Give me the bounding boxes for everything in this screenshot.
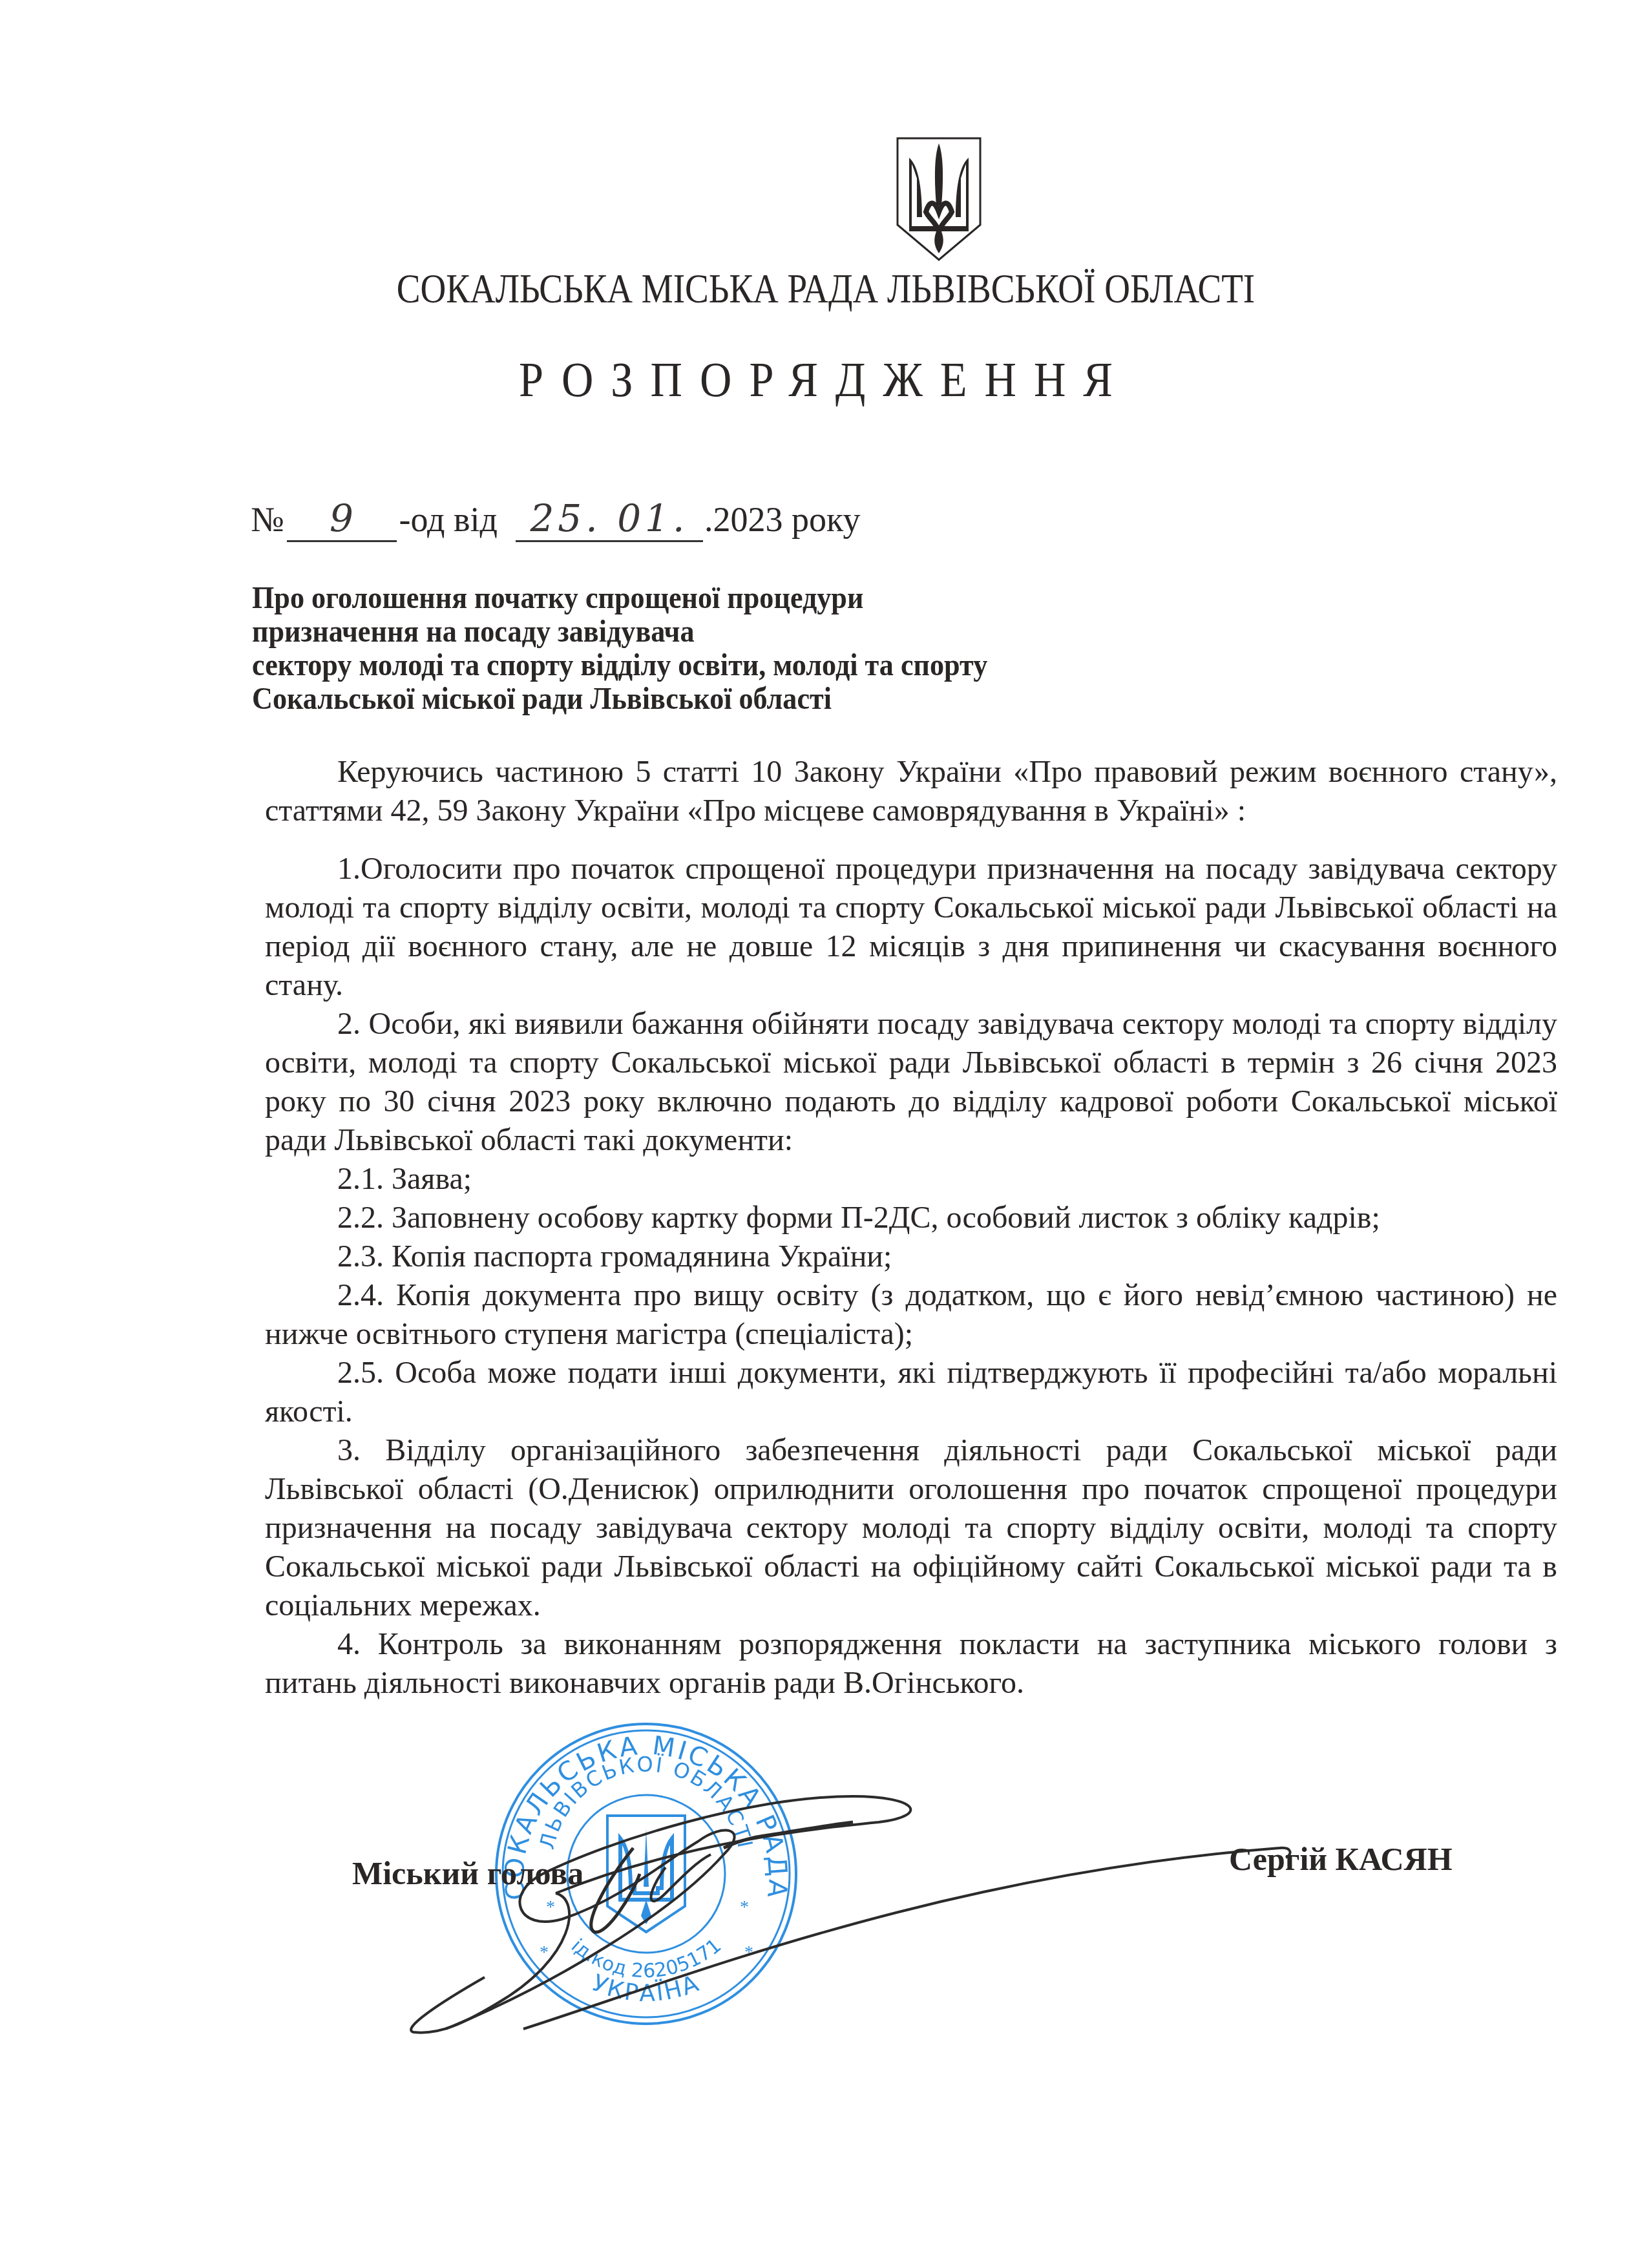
order-year: .2023 року	[704, 499, 860, 540]
item-3: 3. Відділу організаційного забезпечення …	[265, 1431, 1557, 1625]
item-4: 4. Контроль за виконанням розпорядження …	[265, 1625, 1557, 1703]
item-2: 2. Особи, які виявили бажання обійняти п…	[265, 1005, 1557, 1160]
number-sign: №	[251, 499, 284, 540]
handwritten-signature	[362, 1770, 1305, 2042]
signatory-position: Міський голова	[352, 1854, 583, 1892]
subject-heading: Про оголошення початку спрощеної процеду…	[252, 582, 1221, 716]
document-body: Керуючись частиною 5 статті 10 Закону Ук…	[265, 753, 1557, 1703]
subject-line: призначення на посаду завідувача	[252, 615, 1144, 649]
signatory-name: Сергій КАСЯН	[1229, 1840, 1453, 1878]
item-2-3: 2.3. Копія паспорта громадянина України;	[265, 1237, 1557, 1276]
item-2-4: 2.4. Копія документа про вищу освіту (з …	[265, 1276, 1557, 1354]
item-1: 1.Оголосити про початок спрощеної процед…	[265, 850, 1557, 1005]
document-type-title: РОЗПОРЯДЖЕННЯ	[83, 352, 1567, 408]
subject-line: Сокальської міської ради Львівської обла…	[252, 682, 1144, 716]
trident-coat-of-arms-icon	[894, 134, 984, 264]
registration-line: № 9 -од від 25. 01. .2023 року	[251, 496, 860, 542]
organization-name: СОКАЛЬСЬКА МІСЬКА РАДА ЛЬВІВСЬКОЇ ОБЛАСТ…	[117, 265, 1535, 313]
subject-line: сектору молоді та спорту відділу освіти,…	[252, 649, 1144, 682]
item-2-5: 2.5. Особа може подати інші документи, я…	[265, 1354, 1557, 1431]
preamble: Керуючись частиною 5 статті 10 Закону Ук…	[265, 753, 1557, 830]
order-date: 25. 01.	[516, 496, 703, 542]
item-2-1: 2.1. Заява;	[265, 1160, 1557, 1199]
order-number: 9	[287, 496, 397, 542]
number-suffix: -од від	[399, 499, 498, 540]
item-2-2: 2.2. Заповнену особову картку форми П-2Д…	[265, 1199, 1557, 1237]
subject-line: Про оголошення початку спрощеної процеду…	[252, 582, 1144, 615]
